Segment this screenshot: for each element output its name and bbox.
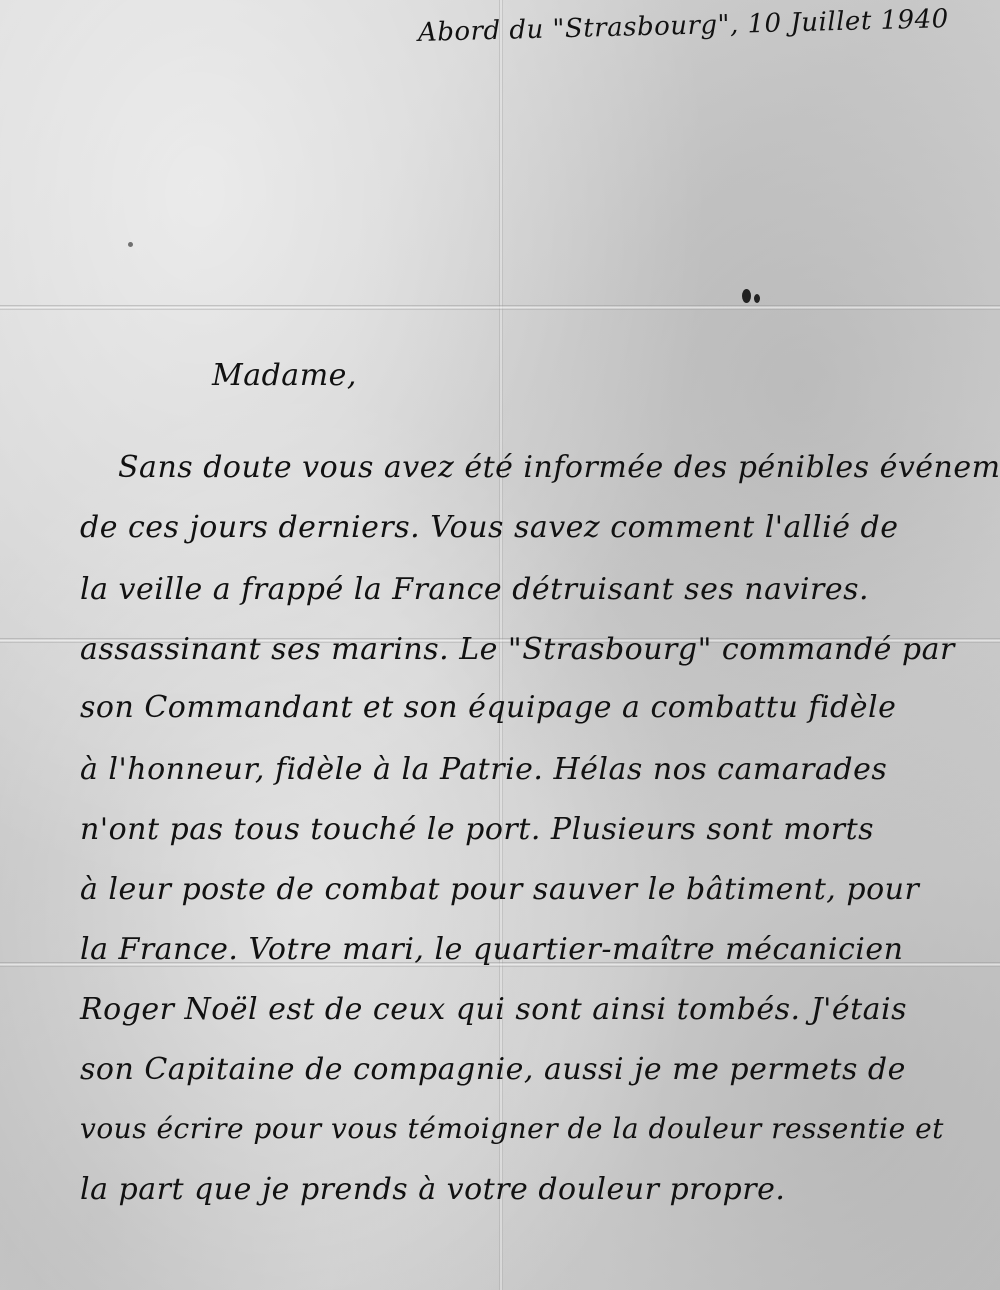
horizontal-fold-crease [0, 305, 1000, 310]
letter-dateline: Abord du "Strasbourg", 10 Juillet 1940 [418, 4, 949, 48]
letter-line: Roger Noël est de ceux qui sont ainsi to… [80, 992, 907, 1027]
letter-line: à l'honneur, fidèle à la Patrie. Hélas n… [80, 752, 887, 787]
ink-spot [128, 242, 133, 247]
letter-line: la France. Votre mari, le quartier-maîtr… [80, 932, 903, 967]
letter-page: Abord du "Strasbourg", 10 Juillet 1940 M… [0, 0, 1000, 1290]
letter-line: son Capitaine de compagnie, aussi je me … [80, 1052, 906, 1087]
letter-line: la veille a frappé la France détruisant … [80, 572, 869, 607]
letter-line: son Commandant et son équipage a combatt… [80, 690, 896, 725]
letter-salutation: Madame, [212, 358, 357, 393]
letter-line: Sans doute vous avez été informée des pé… [118, 450, 1000, 485]
letter-line: assassinant ses marins. Le "Strasbourg" … [80, 632, 955, 667]
letter-line: la part que je prends à votre douleur pr… [80, 1172, 785, 1207]
letter-line: vous écrire pour vous témoigner de la do… [80, 1112, 944, 1145]
ink-stain [742, 289, 751, 303]
letter-line: n'ont pas tous touché le port. Plusieurs… [80, 812, 874, 847]
letter-line: de ces jours derniers. Vous savez commen… [80, 510, 898, 545]
ink-stain [754, 294, 760, 303]
letter-line: à leur poste de combat pour sauver le bâ… [80, 872, 919, 907]
